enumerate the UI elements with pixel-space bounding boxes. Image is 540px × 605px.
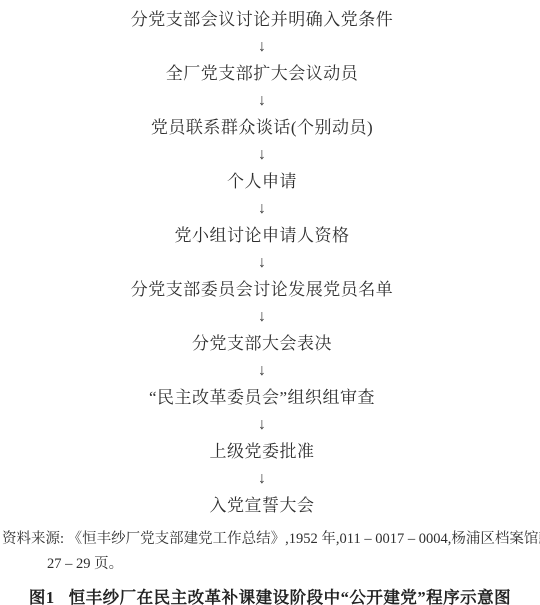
flowchart: 分党支部会议讨论并明确入党条件↓全厂党支部扩大会议动员↓党员联系群众谈话(个别动…: [0, 0, 540, 518]
down-arrow-icon: ↓: [258, 410, 266, 440]
flow-step: 分党支部委员会讨论发展党员名单: [131, 278, 394, 302]
figure-label: 图1: [29, 588, 55, 605]
down-arrow-icon: ↓: [258, 248, 266, 278]
flow-step: 入党宣誓大会: [210, 494, 315, 518]
flow-step: 个人申请: [227, 170, 297, 194]
source-note: 资料来源: 《恒丰纱厂党支部建党工作总结》,1952 年,011 – 0017 …: [0, 527, 540, 577]
down-arrow-icon: ↓: [258, 86, 266, 116]
down-arrow-icon: ↓: [258, 464, 266, 494]
down-arrow-icon: ↓: [258, 140, 266, 170]
down-arrow-icon: ↓: [258, 194, 266, 224]
flow-step: 分党支部大会表决: [192, 332, 332, 356]
down-arrow-icon: ↓: [258, 356, 266, 386]
flow-step: 分党支部会议讨论并明确入党条件: [131, 8, 394, 32]
source-line-1: 资料来源: 《恒丰纱厂党支部建党工作总结》,1952 年,011 – 0017 …: [0, 527, 540, 552]
flow-step: 党小组讨论申请人资格: [175, 224, 350, 248]
figure-caption: 图1恒丰纱厂在民主改革补课建设阶段中“公开建党”程序示意图: [0, 584, 540, 605]
down-arrow-icon: ↓: [258, 302, 266, 332]
flow-step: 全厂党支部扩大会议动员: [166, 62, 359, 86]
down-arrow-icon: ↓: [258, 32, 266, 62]
flow-step: 党员联系群众谈话(个别动员): [151, 116, 373, 140]
flow-step: “民主改革委员会”组织组审查: [149, 386, 375, 410]
flow-step: 上级党委批准: [210, 440, 315, 464]
source-line-2: 27 – 29 页。: [0, 552, 540, 577]
figure-title: 恒丰纱厂在民主改革补课建设阶段中“公开建党”程序示意图: [69, 588, 512, 605]
